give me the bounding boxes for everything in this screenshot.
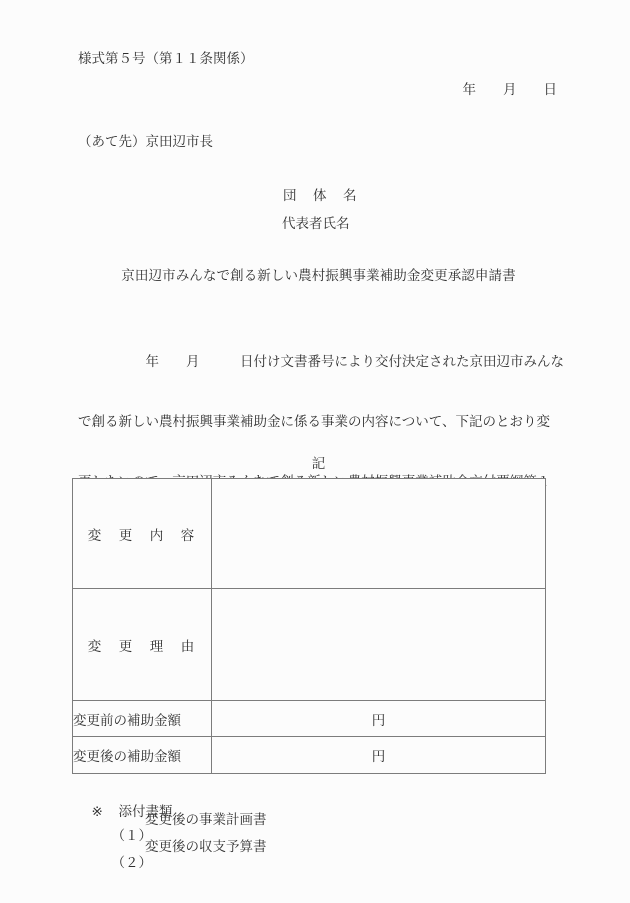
change-table: 変 更 内 容 変 更 理 由 変更前の補助金額 円 変更後の補助金額 円 [72, 478, 546, 774]
item-text: 変更後の事業計画書 [145, 812, 267, 828]
ki-heading: 記 [0, 456, 630, 472]
row-value-cell [212, 589, 546, 701]
item-text: 変更後の収支予算書 [145, 839, 267, 855]
row-label-cell: 変更後の補助金額 [73, 737, 212, 774]
paragraph-line: で創る新しい農村振興事業補助金に係る事業の内容について、下記のとおり変 [78, 408, 578, 435]
table-row-change-content: 変 更 内 容 [73, 479, 546, 589]
row-label-cell: 変 更 理 由 [73, 589, 212, 701]
paragraph-line: 年 月 日付け文書番号により交付決定された京田辺市みんな [78, 348, 578, 375]
form-number: 様式第５号（第１１条関係） [78, 51, 254, 67]
row-value-cell [212, 479, 546, 589]
representative-label: 代表者氏名 [282, 216, 350, 232]
row-value-cell: 円 [212, 701, 546, 737]
attachment-item: （２） 変更後の収支予算書 [98, 839, 152, 903]
row-value-cell: 円 [212, 737, 546, 774]
addressee: （あて先）京田辺市長 [78, 134, 213, 150]
document-title: 京田辺市みんなで創る新しい農村振興事業補助金変更承認申請書 [0, 268, 630, 284]
table-row-change-reason: 変 更 理 由 [73, 589, 546, 701]
document-page: 様式第５号（第１１条関係） 年 月 日 （あて先）京田辺市長 団 体 名 代表者… [0, 0, 630, 903]
date-line: 年 月 日 [0, 82, 557, 98]
row-label-cell: 変更前の補助金額 [73, 701, 212, 737]
item-number: （２） [112, 855, 153, 870]
table-row-amount-after: 変更後の補助金額 円 [73, 737, 546, 774]
group-name-label: 団 体 名 [283, 188, 358, 204]
row-label-cell: 変 更 内 容 [73, 479, 212, 589]
table-row-amount-before: 変更前の補助金額 円 [73, 701, 546, 737]
